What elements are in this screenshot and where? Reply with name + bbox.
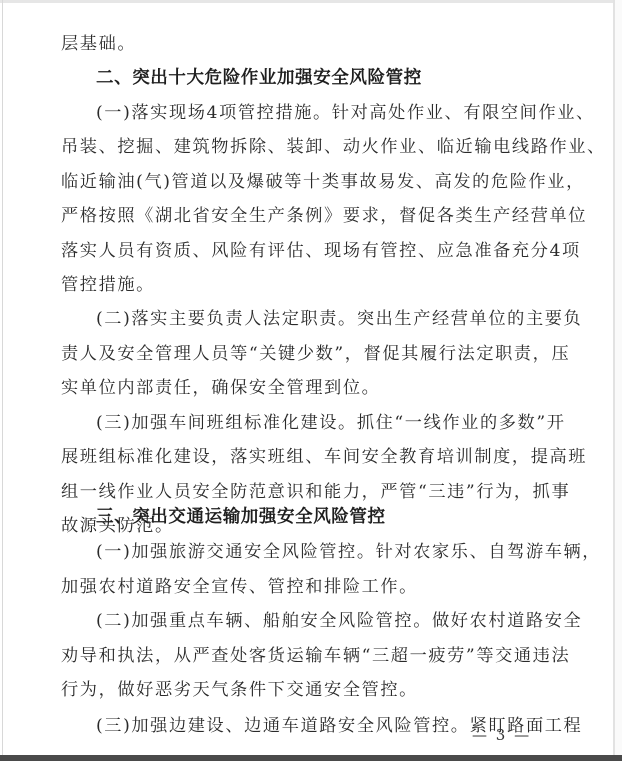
text-line: 实单位内部责任，确保安全管理到位。 [61,378,541,398]
text-line: 层基础。 [61,34,541,54]
text-line: 严格按照《湖北省安全生产条例》要求，督促各类生产经营单位 [61,206,541,226]
top-edge [0,0,622,3]
text-line: 管控措施。 [61,275,541,295]
paragraph-first-line: (二)加强重点车辆、船舶安全风险管控。做好农村道路安全 [96,611,576,631]
text-line: 展班组标准化建设，落实班组、车间安全教育培训制度，提高班 [61,447,541,467]
page-number: — 3 — [472,726,531,744]
text-line: 吊装、挖掘、建筑物拆除、装卸、动火作业、临近输电线路作业、 [61,137,541,157]
paragraph-first-line: (一)落实现场4项管控措施。针对高处作业、有限空间作业、 [96,103,576,123]
right-margin [615,0,622,755]
paragraph-first-line: (三)加强车间班组标准化建设。抓住“一线作业的多数”开 [96,413,576,433]
text-line: 落实人员有资质、风险有评估、现场有管控、应急准备充分4项 [61,241,541,261]
text-line: 临近输油(气)管道以及爆破等十类事故易发、高发的危险作业， [61,172,541,192]
paragraph-first-line: (二)落实主要负责人法定职责。突出生产经营单位的主要负 [96,309,576,329]
section-heading-3: 三、突出交通运输加强安全风险管控 [96,507,576,527]
bottom-edge-bar [0,755,622,761]
section-heading-2: 二、突出十大危险作业加强安全风险管控 [96,68,576,88]
text-line: 责人及安全管理人员等“关键少数”，督促其履行法定职责，压 [61,344,541,364]
text-line: 组一线作业人员安全防范意识和能力，严管“三违”行为，抓事 [61,482,541,502]
text-line: 劝导和执法，从严查处客货运输车辆“三超一疲劳”等交通违法 [61,646,541,666]
text-line: 行为，做好恶劣天气条件下交通安全管控。 [61,680,541,700]
left-page-border [2,0,3,755]
text-line: 加强农村道路安全宣传、管控和排险工作。 [61,577,541,597]
paragraph-first-line: (一)加强旅游交通安全风险管控。针对农家乐、自驾游车辆， [96,542,576,562]
